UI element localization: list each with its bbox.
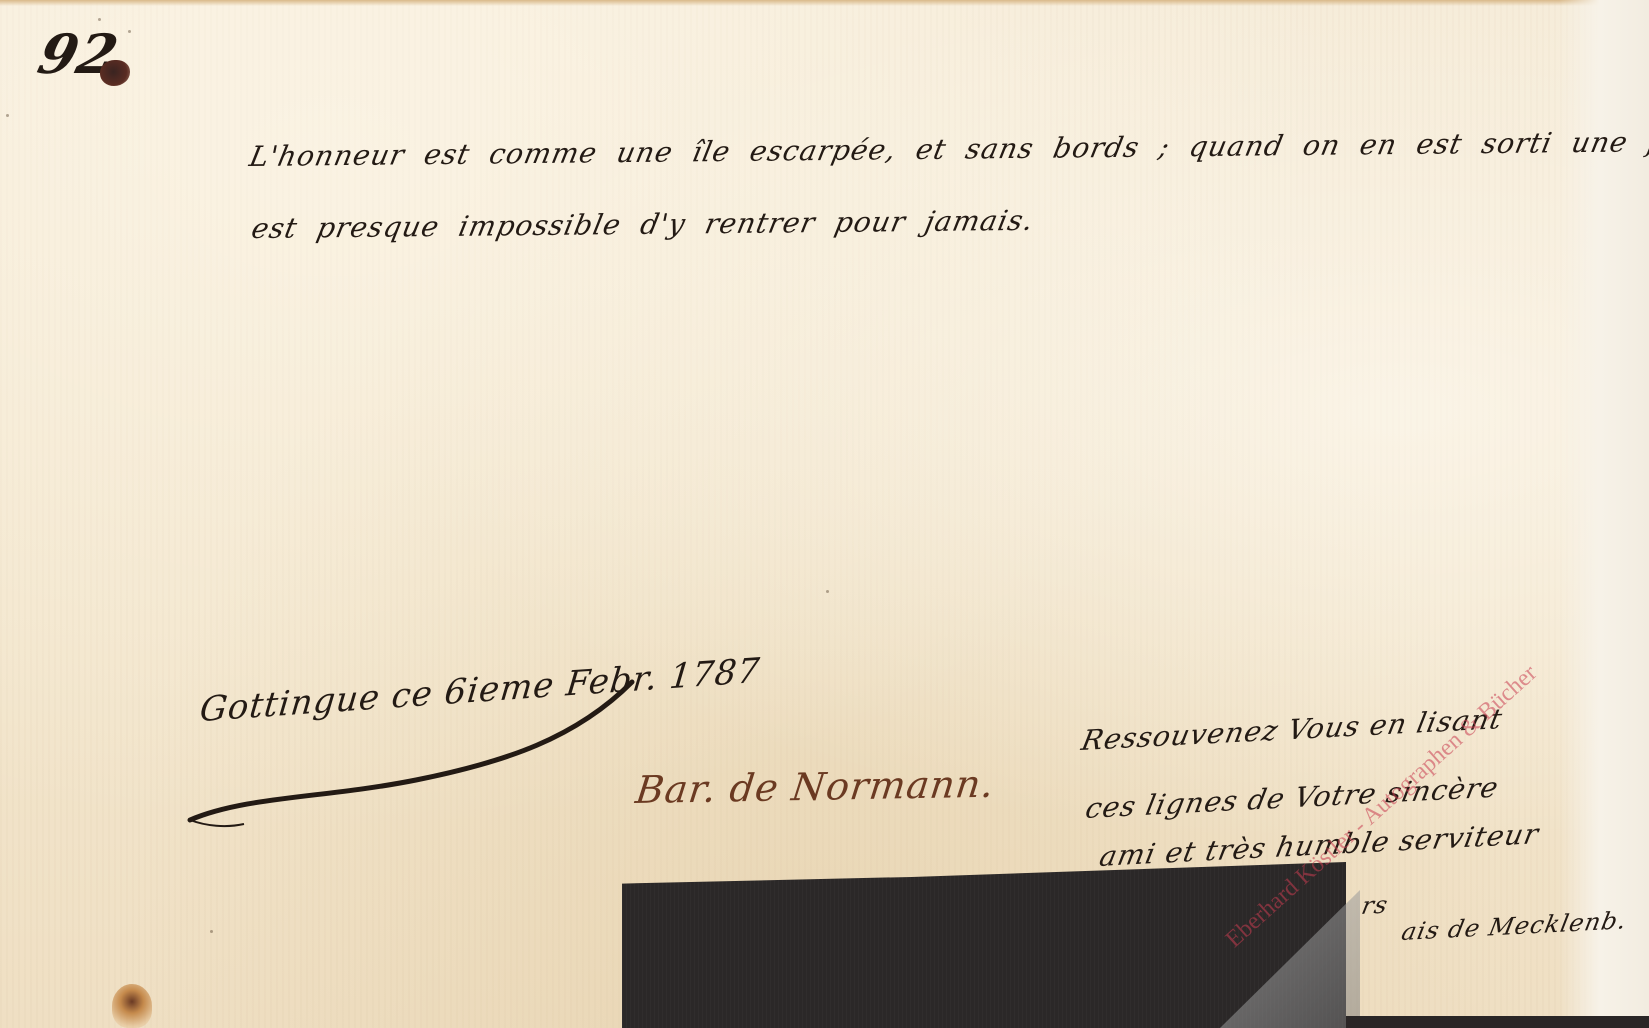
maxim-line-1: L'honneur est comme une île escarpée, et… [247,124,1649,173]
page-top-edge [0,0,1649,6]
paper-speck [128,30,131,33]
paper-speck [6,114,9,117]
ink-blot [100,60,130,86]
maxim-line-2: est presque impossible d'y rentrer pour … [249,204,1037,245]
album-bottom-edge [1346,1016,1649,1028]
paper-speck [98,18,101,21]
paper-speck [826,590,829,593]
paper-speck [210,930,213,933]
signature: Bar. de Normann. [633,762,997,812]
dedication-mark: rs [1359,891,1391,920]
foxing-stain [112,984,152,1028]
dedication-line-2: ces lignes de Votre sincère [1083,771,1502,825]
manuscript-page: 92 L'honneur est comme une île escarpée,… [0,0,1649,1028]
